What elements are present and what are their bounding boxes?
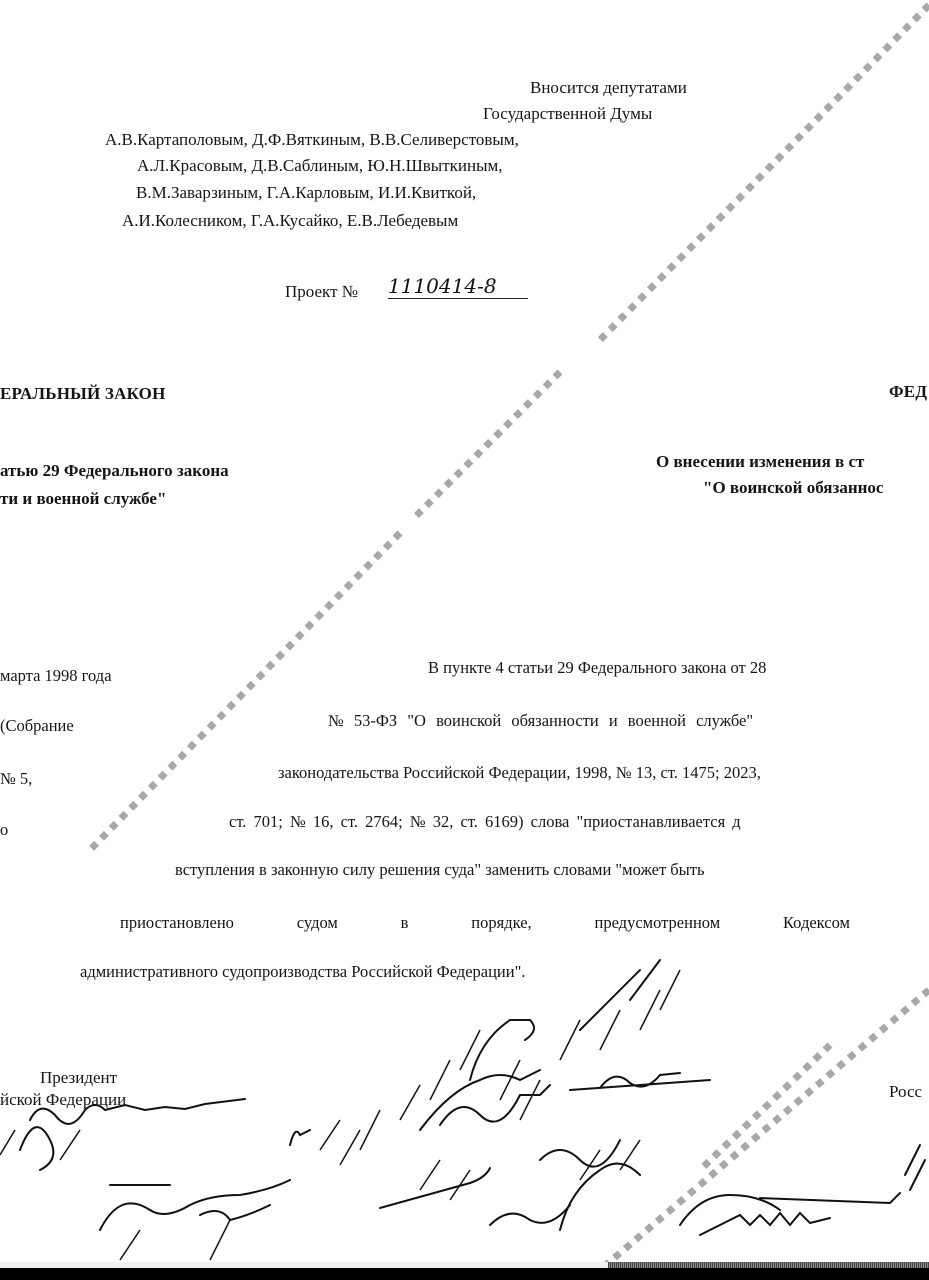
signature-scribbles [20,960,925,1235]
introduced-by-line: Вносится депутатами [530,78,687,98]
body-line-left: № 5, [0,769,32,789]
signature-title-right: Росс [889,1082,922,1102]
body-line: административного судопроизводства Росси… [80,962,525,982]
word: Кодексом [783,913,850,933]
body-line-right: ст. 701; № 16, ст. 2764; № 32, ст. 6169)… [229,812,741,832]
introduced-by-line: А.Л.Красовым, Д.В.Саблиным, Ю.Н.Швыткины… [137,156,503,176]
word: предусмотренном [595,913,721,933]
body-line-right: № 53-ФЗ "О воинской обязанности и военно… [328,711,753,731]
body-line-left: (Собрание [0,716,74,736]
signature-title-left: йской Федерации [0,1090,126,1110]
body-line-left: о [0,820,8,840]
body-line-right: В пункте 4 статьи 29 Федерального закона… [428,658,766,678]
introduced-by-line: В.М.Заварзиным, Г.А.Карловым, И.И.Квитко… [136,183,476,203]
introduced-by-line: Государственной Думы [483,104,652,124]
introduced-by-line: А.И.Колесником, Г.А.Кусайко, Е.В.Лебедев… [122,211,458,231]
title-fragment-right: ФЕД [889,382,927,402]
word: судом [297,913,338,933]
title-fragment-left: ЕРАЛЬНЫЙ ЗАКОН [0,384,166,404]
body-line-left: марта 1998 года [0,666,112,686]
word: приостановлено [120,913,234,933]
project-number-value: 1110414-8 [388,274,528,299]
subtitle-line2-left: ти и военной службе" [0,489,166,509]
body-line-justified: приостановлено судом в порядке, предусмо… [120,913,850,933]
scan-bottom-bar [0,1268,929,1280]
subtitle-line1-right: О внесении изменения в ст [656,452,864,472]
body-line: вступления в законную силу решения суда"… [175,860,705,880]
signature-title: Президент [40,1068,117,1088]
project-label: Проект № [285,282,358,302]
word: порядке, [471,913,531,933]
signature-dashes [0,970,680,1260]
introduced-by-line: А.В.Картаполовым, Д.Ф.Вяткиным, В.В.Сели… [105,130,519,150]
subtitle-line2-right: "О воинской обязаннос [703,478,883,498]
body-line-right: законодательства Российской Федерации, 1… [278,763,761,783]
subtitle-line1-left: атью 29 Федерального закона [0,461,229,481]
word: в [401,913,409,933]
